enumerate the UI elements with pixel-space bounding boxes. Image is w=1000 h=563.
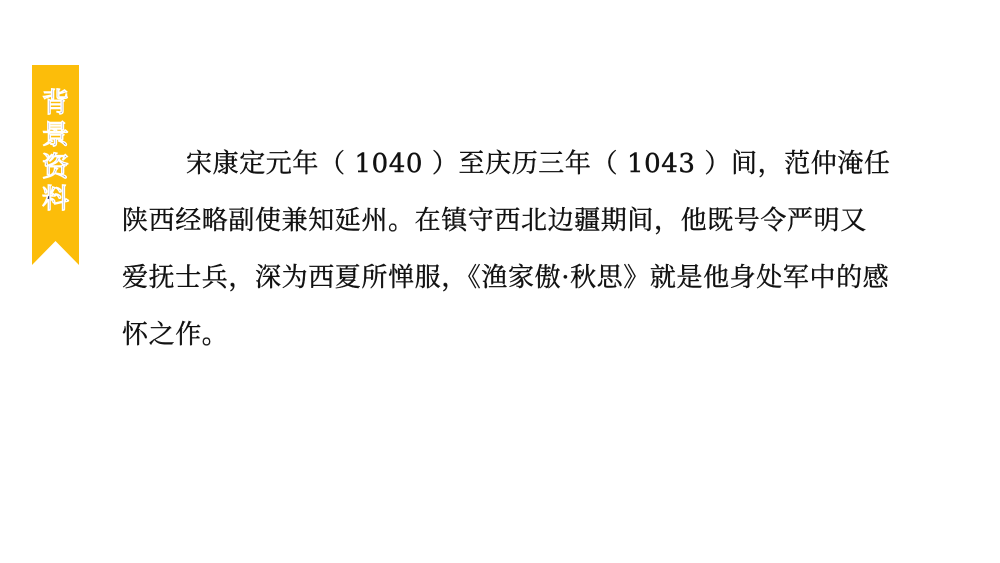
ribbon-label: 背景资料 [38,88,72,216]
background-paragraph: 宋康定元年（ 1040 ）至庆历三年（ 1043 ）间，范仲淹任陕西经略副使兼知… [122,136,892,364]
main-content: 宋康定元年（ 1040 ）至庆历三年（ 1043 ）间，范仲淹任陕西经略副使兼知… [122,136,892,364]
